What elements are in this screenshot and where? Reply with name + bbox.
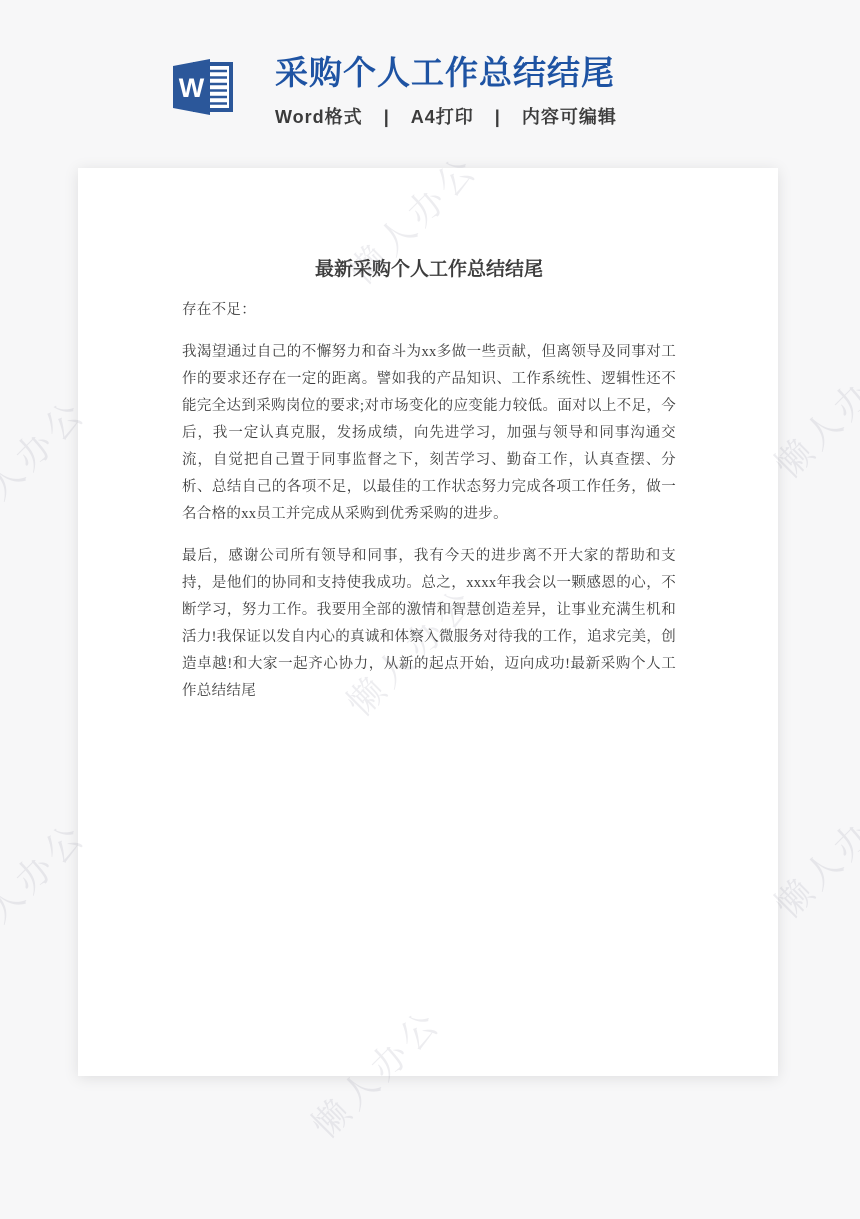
page-background: W 采购个人工作总结结尾 Word格式 | A4打印 | 内容可编辑 最新采购个… [0, 0, 860, 1219]
paragraph-label: 存在不足： [182, 297, 676, 324]
format-tag-word: Word格式 [275, 107, 363, 127]
format-tag-editable: 内容可编辑 [522, 107, 617, 127]
document-title: 最新采购个人工作总结结尾 [182, 254, 676, 281]
page-title: 采购个人工作总结结尾 [275, 55, 617, 91]
paragraph: 最后，感谢公司所有领导和同事，我有今天的进步离不开大家的帮助和支持，是他们的协同… [182, 543, 676, 705]
format-tag-a4: A4打印 [411, 107, 474, 127]
document-page: 最新采购个人工作总结结尾 存在不足： 我渴望通过自己的不懈努力和奋斗为xx多做一… [78, 168, 778, 1076]
paragraph: 我渴望通过自己的不懈努力和奋斗为xx多做一些贡献，但离领导及同事对工作的要求还存… [182, 339, 676, 528]
separator: | [495, 107, 501, 127]
header-text: 采购个人工作总结结尾 Word格式 | A4打印 | 内容可编辑 [275, 55, 617, 129]
format-info: Word格式 | A4打印 | 内容可编辑 [275, 103, 617, 129]
word-icon: W [168, 55, 236, 119]
word-icon-letter: W [179, 73, 205, 103]
header: W 采购个人工作总结结尾 Word格式 | A4打印 | 内容可编辑 [168, 55, 617, 129]
separator: | [384, 107, 390, 127]
